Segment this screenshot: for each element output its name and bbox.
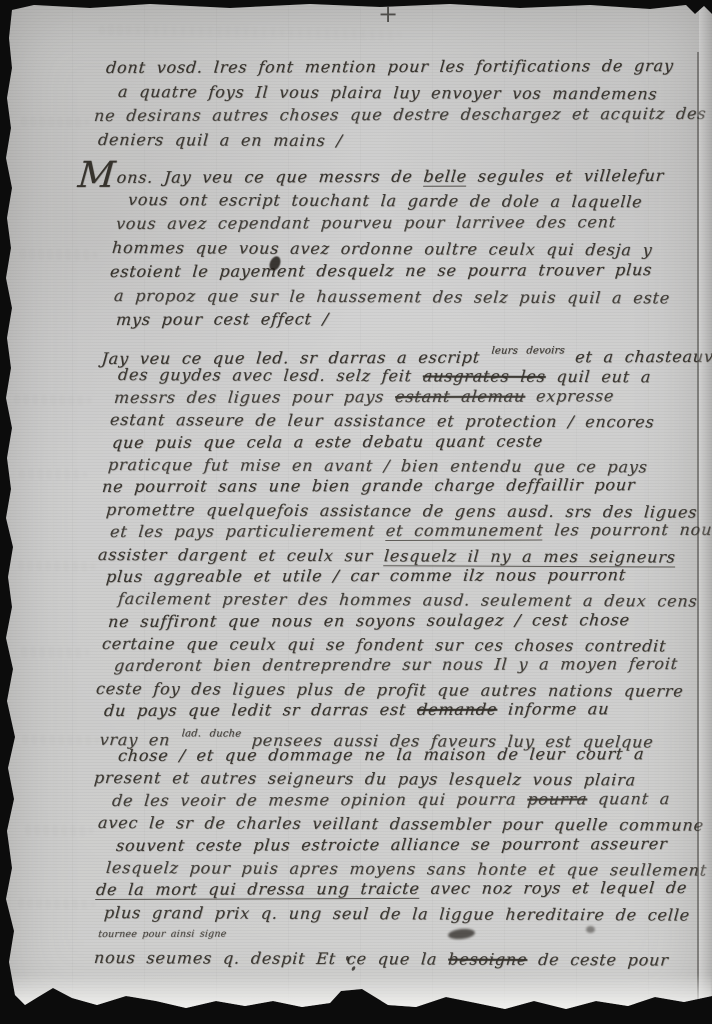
interlinear-insertion: leurs devoirs <box>491 345 565 356</box>
struck-out-word: ausgrates les <box>422 367 546 387</box>
ink-showthrough <box>16 899 94 908</box>
manuscript-line: dont vosd. lres font mention pour les fo… <box>105 54 699 80</box>
manuscript-line: ne pourroit sans une bien grande charge … <box>101 474 699 498</box>
manuscript-line: deniers quil a en mains / <box>97 128 699 155</box>
manuscript-line: messrs des ligues pour pays estant alema… <box>113 385 699 409</box>
ink-showthrough <box>18 117 88 126</box>
manuscript-line: ne desirans autres choses que destre des… <box>93 102 699 128</box>
cross-mark: + <box>378 0 398 28</box>
page-fold-line <box>697 52 699 1006</box>
deckle-edge-highlight <box>8 974 712 1016</box>
ink-showthrough <box>20 825 92 835</box>
manuscript-line: vous avez cependant pourveu pour larrive… <box>115 210 699 236</box>
manuscript-line: garderont bien dentreprendre sur nous Il… <box>113 653 699 677</box>
page-gutter-strip <box>699 0 712 1024</box>
manuscript-line: Jay veu ce que led. sr darras a escript … <box>101 340 699 364</box>
manuscript-line: estoient le payement desquelz ne se pour… <box>109 258 699 284</box>
manuscript-scan: + dont vosd. lres font mention pour les … <box>0 0 712 1024</box>
interline-note: tournee pour ainsi signe <box>97 922 699 946</box>
manuscript-line: Mons. Jay veu ce que messrs de belle seg… <box>77 162 699 188</box>
underlined-word: et communement <box>385 521 544 542</box>
manuscript-line: souvent ceste plus estroicte alliance se… <box>115 833 699 857</box>
manuscript-line: de les veoir de mesme opinion qui pourra… <box>111 788 699 812</box>
ink-showthrough <box>16 735 98 744</box>
flourished-initial: M <box>76 155 116 196</box>
ink-showthrough <box>100 25 400 39</box>
manuscript-line: ne suffiront que nous en soyons soulagez… <box>107 609 699 633</box>
struck-out-word: besoigne <box>447 949 527 968</box>
paragraph-3: Jay veu ce que led. sr darras a escript … <box>92 342 698 969</box>
ink-showthrough <box>18 647 88 657</box>
struck-out-word: demande <box>416 700 498 719</box>
manuscript-line: de la mort qui dressa ung traicte avec n… <box>95 877 699 901</box>
ink-showthrough <box>14 395 90 404</box>
ink-showthrough <box>16 249 96 259</box>
ink-dot <box>346 956 349 961</box>
interlinear-insertion: lad. duche <box>181 728 242 739</box>
handwritten-text-block: dont vosd. lres font mention pour les fo… <box>92 56 698 969</box>
manuscript-line: mys pour cest effect / <box>115 306 699 332</box>
paragraph-1: dont vosd. lres font mention pour les fo… <box>92 56 698 152</box>
struck-out-word: pourra <box>527 789 588 808</box>
manuscript-page: + dont vosd. lres font mention pour les … <box>0 0 712 1024</box>
manuscript-line: plus aggreable et utile / car comme ilz … <box>105 564 699 588</box>
manuscript-line: du pays que ledit sr darras est demande … <box>103 698 699 722</box>
manuscript-line: et les pays particulierement et communem… <box>109 519 699 543</box>
paragraph-2: Mons. Jay veu ce que messrs de belle seg… <box>92 164 698 332</box>
ink-blot <box>586 926 595 933</box>
manuscript-line: nous seumes q. despit Et ce que la besoi… <box>93 947 698 972</box>
struck-out-word: estant alemau <box>394 386 526 405</box>
underlined-word: de la mort qui dressa ung traicte <box>95 879 420 900</box>
ink-showthrough <box>20 469 86 479</box>
manuscript-line: que puis que cela a este debatu quant ce… <box>111 430 699 454</box>
underlined-word: belle <box>423 167 468 187</box>
manuscript-line: chose / et que dommage ne la maison de l… <box>117 743 699 767</box>
ink-showthrough <box>14 561 94 570</box>
